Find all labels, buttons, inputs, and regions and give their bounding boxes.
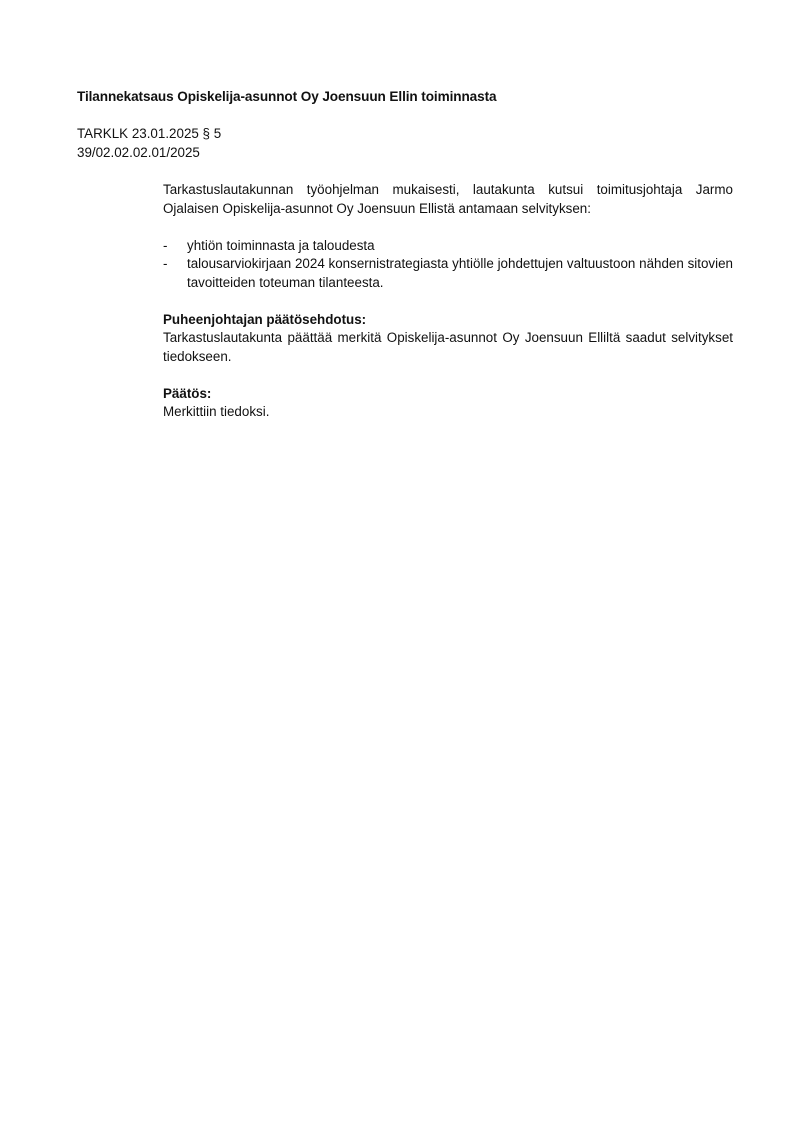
decision-heading: Päätös: xyxy=(163,385,733,404)
document-body: Tarkastuslautakunnan työohjelman mukaise… xyxy=(163,181,733,422)
list-item: - yhtiön toiminnasta ja taloudesta xyxy=(163,237,733,256)
proposal-heading: Puheenjohtajan päätösehdotus: xyxy=(163,311,733,330)
decision-text: Merkittiin tiedoksi. xyxy=(163,403,733,422)
proposal-section: Puheenjohtajan päätösehdotus: Tarkastusl… xyxy=(163,311,733,367)
bullet-dash: - xyxy=(163,255,167,274)
bullet-dash: - xyxy=(163,237,167,256)
document-meta: TARKLK 23.01.2025 § 5 39/02.02.02.01/202… xyxy=(77,125,221,162)
intro-paragraph: Tarkastuslautakunnan työohjelman mukaise… xyxy=(163,181,733,218)
topic-list: - yhtiön toiminnasta ja taloudesta - tal… xyxy=(163,237,733,293)
proposal-text: Tarkastuslautakunta päättää merkitä Opis… xyxy=(163,329,733,366)
meeting-reference: TARKLK 23.01.2025 § 5 xyxy=(77,125,221,144)
record-number: 39/02.02.02.01/2025 xyxy=(77,144,221,163)
list-item-text: yhtiön toiminnasta ja taloudesta xyxy=(187,238,375,253)
decision-section: Päätös: Merkittiin tiedoksi. xyxy=(163,385,733,422)
spacer xyxy=(163,366,733,385)
document-page: Tilannekatsaus Opiskelija-asunnot Oy Joe… xyxy=(0,0,794,1122)
document-title: Tilannekatsaus Opiskelija-asunnot Oy Joe… xyxy=(77,88,497,107)
list-item: - talousarviokirjaan 2024 konsernistrate… xyxy=(163,255,733,292)
list-item-text: talousarviokirjaan 2024 konsernistrategi… xyxy=(187,256,733,290)
